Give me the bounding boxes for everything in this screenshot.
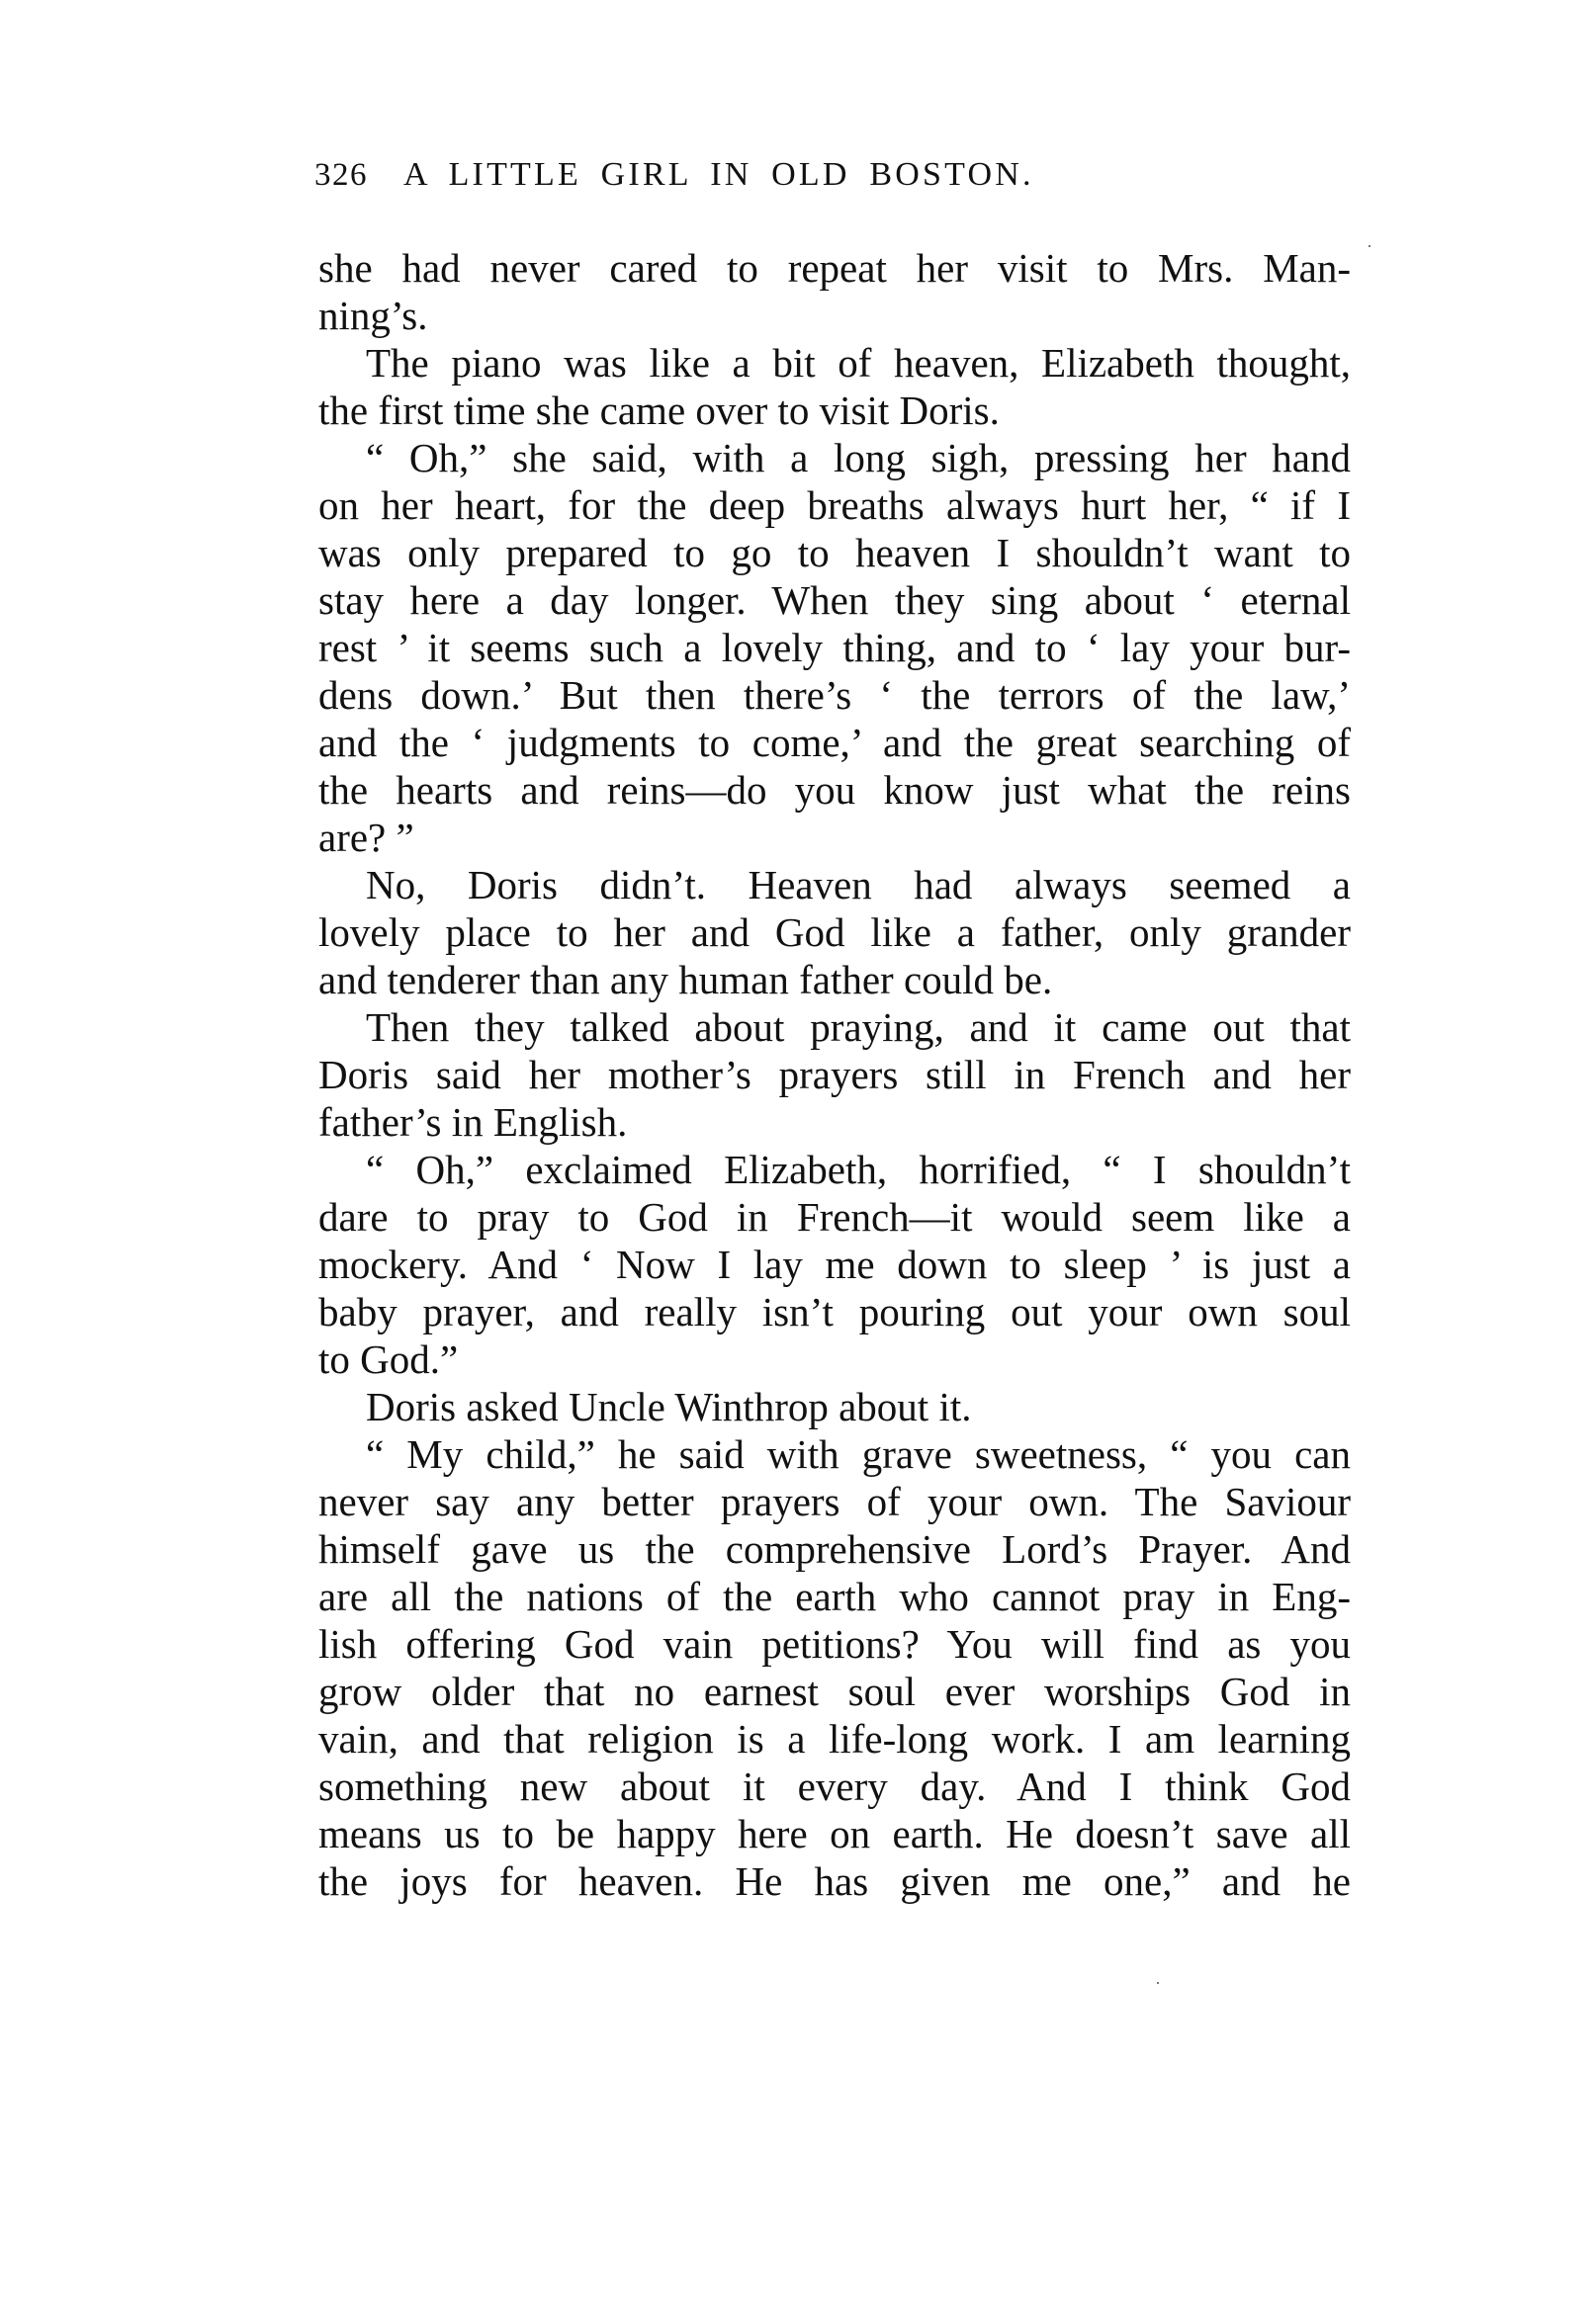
text-line: baby prayer, and really isn’t pouring ou…	[318, 1288, 1351, 1335]
body-text: she had never cared to repeat her visit …	[318, 244, 1351, 1905]
text-line: are all the nations of the earth who can…	[318, 1573, 1351, 1620]
text-line: Then they talked about praying, and it c…	[318, 1003, 1351, 1051]
text-line: she had never cared to repeat her visit …	[318, 244, 1351, 292]
running-head: 326A LITTLE GIRL IN OLD BOSTON.	[314, 150, 1353, 200]
text-line: on her heart, for the deep breaths alway…	[318, 481, 1351, 529]
text-line: dens down.’ But then there’s ‘ the terro…	[318, 671, 1351, 719]
text-line: father’s in English.	[318, 1098, 1351, 1146]
text-line: stay here a day longer. When they sing a…	[318, 576, 1351, 624]
text-line: ning’s.	[318, 292, 1351, 339]
text-line: means us to be happy here on earth. He d…	[318, 1810, 1351, 1857]
running-title: A LITTLE GIRL IN OLD BOSTON.	[403, 150, 1034, 200]
text-line: was only prepared to go to heaven I shou…	[318, 529, 1351, 576]
book-page: 326A LITTLE GIRL IN OLD BOSTON. she had …	[0, 0, 1590, 2324]
page-number: 326	[314, 150, 403, 200]
text-line: lovely place to her and God like a fathe…	[318, 908, 1351, 956]
text-line: the joys for heaven. He has given me one…	[318, 1857, 1351, 1905]
scan-speck	[1369, 245, 1370, 247]
text-line: are? ”	[318, 814, 1351, 861]
text-line: something new about it every day. And I …	[318, 1763, 1351, 1810]
text-line: and the ‘ judgments to come,’ and the gr…	[318, 719, 1351, 766]
text-line: never say any better prayers of your own…	[318, 1478, 1351, 1525]
text-line: the hearts and reins—do you know just wh…	[318, 766, 1351, 814]
text-line: Doris said her mother’s prayers still in…	[318, 1051, 1351, 1098]
text-line: Doris asked Uncle Winthrop about it.	[318, 1383, 1351, 1430]
text-line: “ Oh,” she said, with a long sigh, press…	[318, 434, 1351, 481]
text-line: No, Doris didn’t. Heaven had always seem…	[318, 861, 1351, 908]
text-line: grow older that no earnest soul ever wor…	[318, 1668, 1351, 1715]
text-line: and tenderer than any human father could…	[318, 956, 1351, 1003]
text-line: the first time she came over to visit Do…	[318, 387, 1351, 434]
text-line: “ Oh,” exclaimed Elizabeth, horrified, “…	[318, 1146, 1351, 1193]
text-line: rest ’ it seems such a lovely thing, and…	[318, 624, 1351, 671]
text-line: lish offering God vain petitions? You wi…	[318, 1620, 1351, 1668]
scan-speck	[1157, 1982, 1159, 1984]
text-line: The piano was like a bit of heaven, Eliz…	[318, 339, 1351, 387]
text-line: to God.”	[318, 1335, 1351, 1383]
text-line: “ My child,” he said with grave sweetnes…	[318, 1430, 1351, 1478]
text-line: dare to pray to God in French—it would s…	[318, 1193, 1351, 1241]
text-line: vain, and that religion is a life-long w…	[318, 1715, 1351, 1763]
text-line: himself gave us the comprehensive Lord’s…	[318, 1525, 1351, 1573]
text-line: mockery. And ‘ Now I lay me down to slee…	[318, 1241, 1351, 1288]
